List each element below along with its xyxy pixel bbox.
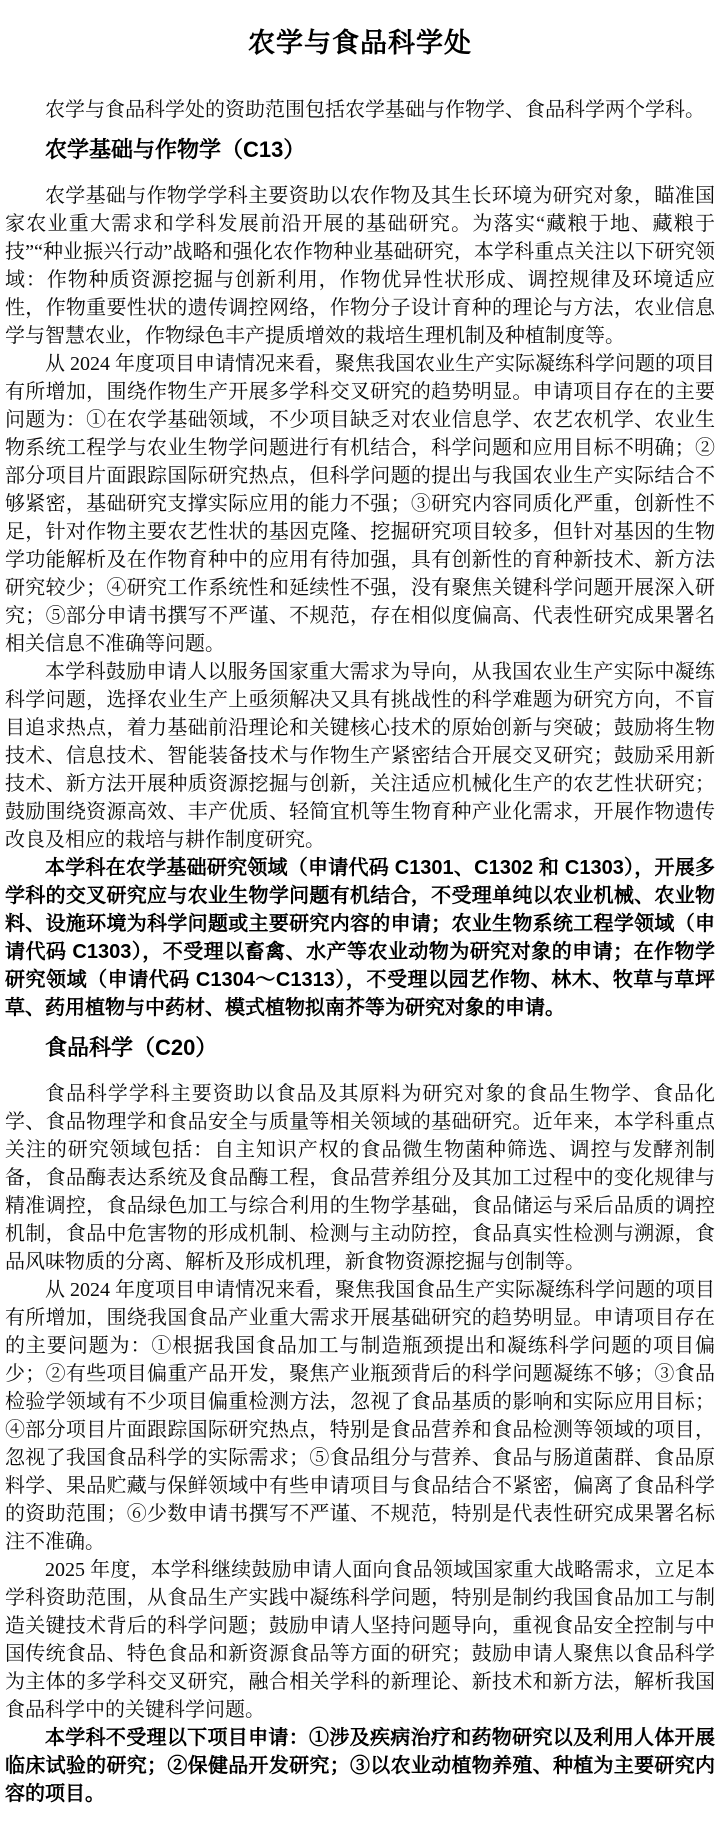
paragraph-c13-scope: 农学基础与作物学学科主要资助以农作物及其生长环境为研究对象，瞄准国家农业重大需求… [5,182,715,350]
paragraph-c20-scope: 食品科学学科主要资助以食品及其原料为研究对象的食品生物学、食品化学、食品物理学和… [5,1080,715,1276]
paragraph-c13-encouragement: 本学科鼓励申请人以服务国家重大需求为导向，从我国农业生产实际中凝练科学问题，选择… [5,658,715,854]
paragraph-c13-2024-issues: 从 2024 年度项目申请情况来看，聚焦我国农业生产实际凝练科学问题的项目有所增… [5,350,715,658]
section-heading-c13: 农学基础与作物学（C13） [5,136,715,164]
paragraph-c20-2025-encouragement: 2025 年度，本学科继续鼓励申请人面向食品领域国家重大战略需求，立足本学科资助… [5,1556,715,1724]
paragraph-c20-2024-issues: 从 2024 年度项目申请情况来看，聚焦我国食品生产实际凝练科学问题的项目有所增… [5,1276,715,1556]
intro-paragraph: 农学与食品科学处的资助范围包括农学基础与作物学、食品科学两个学科。 [5,96,715,124]
document-page: 农学与食品科学处 农学与食品科学处的资助范围包括农学基础与作物学、食品科学两个学… [0,0,720,1848]
page-title: 农学与食品科学处 [5,26,715,60]
section-heading-c20: 食品科学（C20） [5,1034,715,1062]
paragraph-c20-restrictions: 本学科不受理以下项目申请：①涉及疾病治疗和药物研究以及利用人体开展临床试验的研究… [5,1724,715,1808]
paragraph-c13-restrictions: 本学科在农学基础研究领域（申请代码 C1301、C1302 和 C1303），开… [5,854,715,1022]
